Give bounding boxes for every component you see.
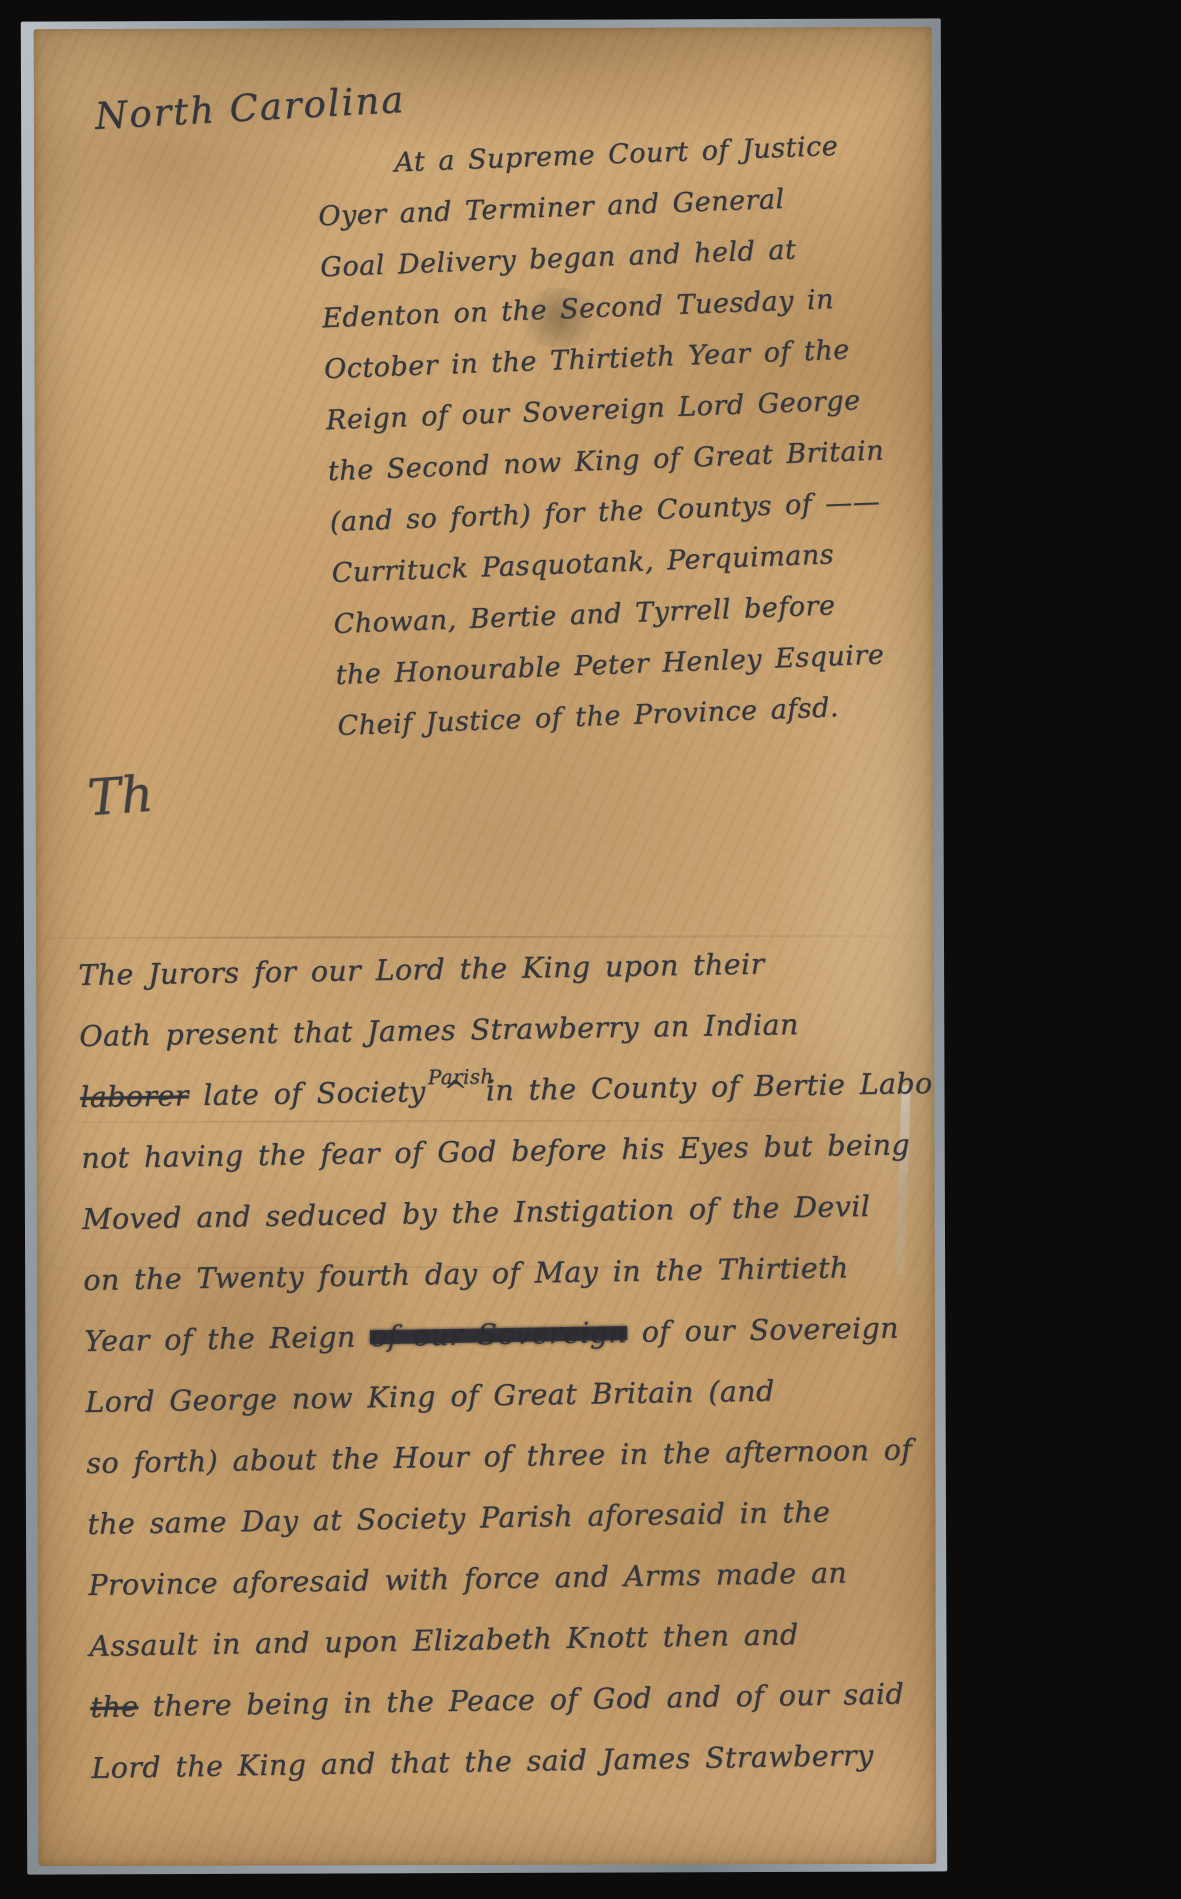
- manuscript-line: Lord the King and that the said James St…: [91, 1738, 936, 1813]
- struck-text: of our Sovereign: [370, 1316, 628, 1353]
- court-caption-block: At a Supreme Court of JusticeOyer and Te…: [316, 127, 936, 762]
- inserted-word-with-caret: Parish^: [440, 1075, 472, 1109]
- struck-text: the: [90, 1690, 138, 1724]
- text-segment: Year of the Reign: [84, 1320, 370, 1358]
- document-heading: North Carolina: [94, 78, 407, 138]
- text-segment: late of Society: [188, 1075, 440, 1112]
- text-segment: of our Sovereign: [627, 1312, 899, 1350]
- text-segment: At a Supreme Court of Justice: [394, 131, 839, 179]
- stray-pen-mark: Th: [86, 765, 156, 828]
- text-segment: The Jurors for our Lord the King upon th…: [78, 948, 765, 992]
- photo-backdrop: North Carolina At a Supreme Court of Jus…: [0, 0, 1181, 1899]
- struck-text: laborer: [80, 1079, 189, 1114]
- indictment-body-block: The Jurors for our Lord the King upon th…: [78, 945, 936, 1813]
- paper-crease: [38, 935, 928, 939]
- inserted-word: Parish: [428, 1064, 494, 1089]
- manuscript-page: North Carolina At a Supreme Court of Jus…: [34, 27, 937, 1866]
